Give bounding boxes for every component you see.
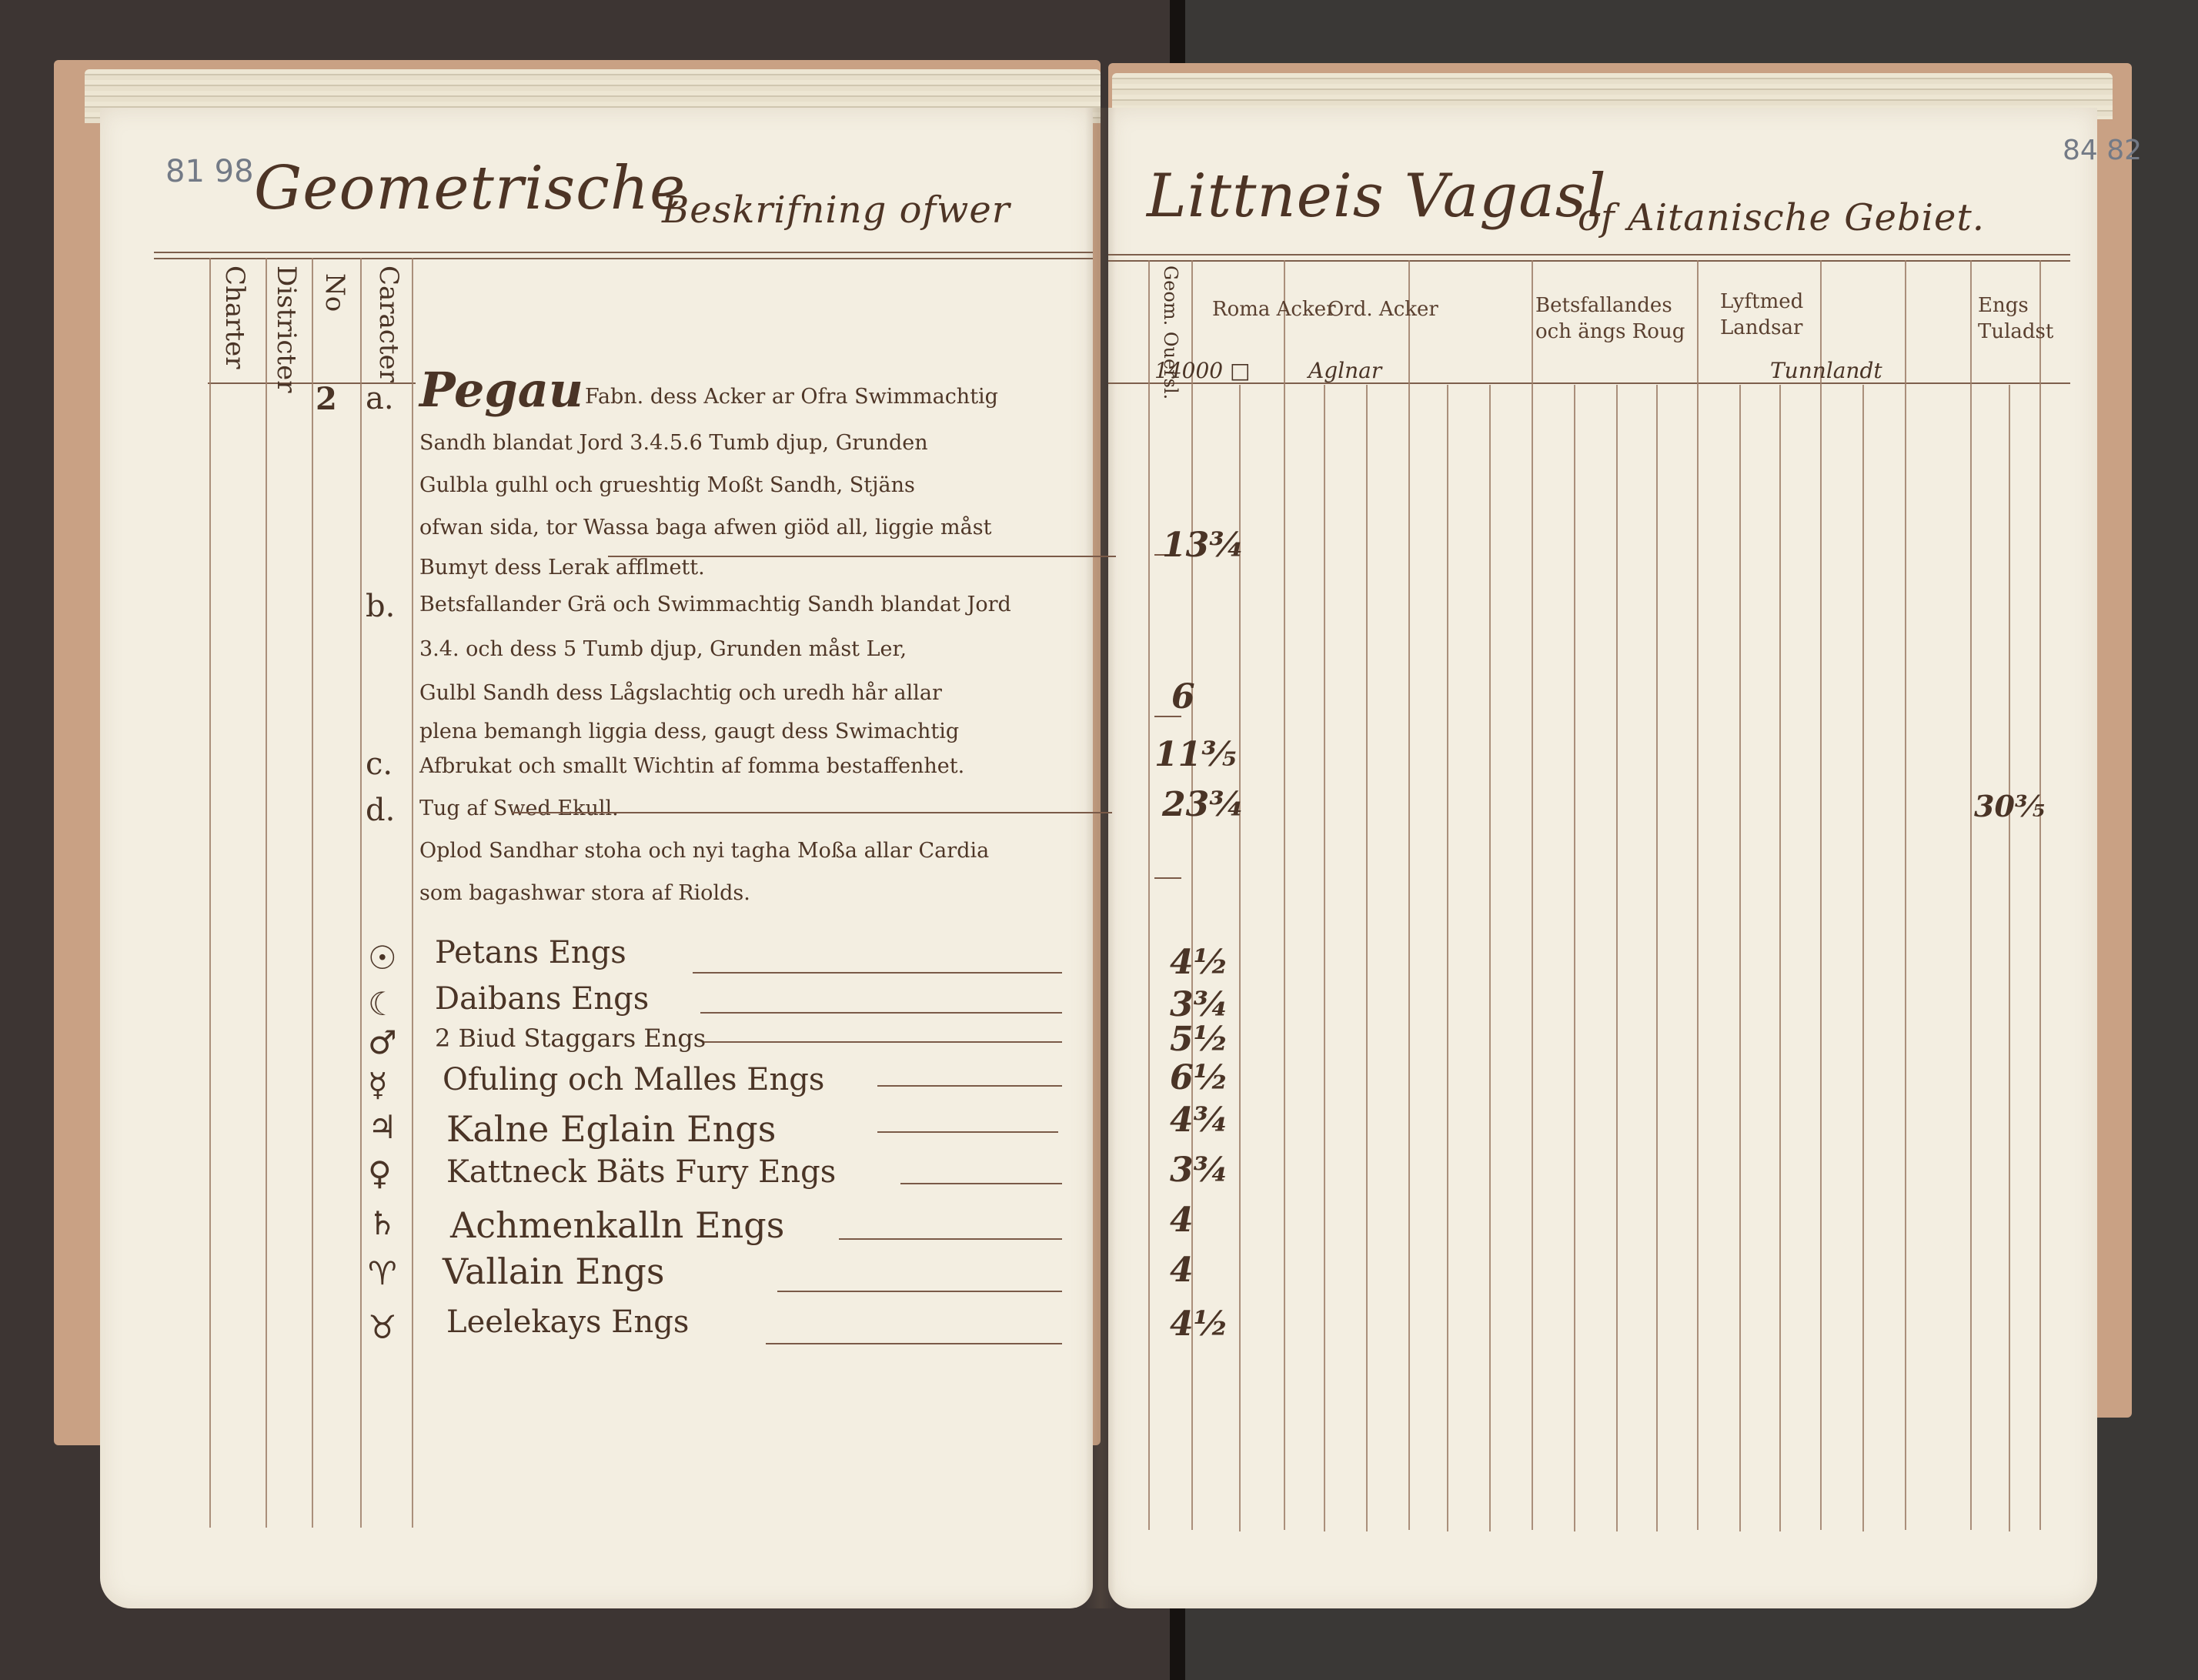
leader-line	[839, 1238, 1062, 1240]
column-header-ord-acker: Ord. Acker	[1328, 296, 1438, 322]
value-field-7: 4	[1170, 1201, 1194, 1240]
col-line	[1366, 385, 1368, 1531]
header-rule-left-2	[154, 258, 1093, 259]
leader-line	[877, 1131, 1058, 1133]
area-value: 14000 □	[1154, 358, 1250, 383]
header-rule-right-1	[1108, 254, 2070, 256]
district-number: 2	[316, 381, 337, 417]
column-header-caracter: Caracter	[373, 266, 404, 382]
col-line	[1905, 260, 1906, 1530]
entry-d-line-3: som bagashwar stora af Riolds.	[419, 881, 750, 905]
col-line	[1820, 260, 1822, 1530]
header-rule-left-1	[154, 252, 1093, 253]
leader-line	[693, 972, 1062, 974]
value-field-8: 4	[1170, 1251, 1194, 1290]
entry-heading-pegau: Pegau	[419, 362, 583, 418]
leader-line	[608, 556, 1116, 557]
col-line	[1970, 260, 1972, 1530]
value-field-5: 4¾	[1170, 1101, 1229, 1140]
left-page-title-continuation: Beskrifning ofwer	[662, 189, 1010, 232]
moon-symbol-icon: ☾	[368, 985, 397, 1023]
field-name: Kalne Eglain Engs	[446, 1108, 776, 1150]
entry-a-line-1: Fabn. dess Acker ar Ofra Swimmachtig	[585, 385, 998, 409]
col-line	[360, 258, 362, 1528]
leader-line	[766, 1343, 1062, 1344]
venus-symbol-icon: ♀	[368, 1154, 392, 1192]
caracter-label-a: a.	[366, 381, 394, 416]
column-header-engs: Engs Tuladst	[1978, 292, 2039, 345]
value-field-1: 4½	[1170, 943, 1229, 982]
column-header-number: No	[319, 273, 350, 312]
leader-line	[877, 1085, 1062, 1087]
col-line	[266, 258, 267, 1528]
value-entry-a: 13¾	[1162, 526, 1244, 565]
col-line	[312, 258, 313, 1528]
entry-a-line-3: Gulbla gulhl och grueshtig Moßt Sandh, S…	[419, 473, 915, 497]
field-name: Achmenkalln Engs	[450, 1204, 784, 1246]
entry-b-line-2: 3.4. och dess 5 Tumb djup, Grunden måst …	[419, 637, 907, 661]
leader-line	[512, 812, 1112, 813]
leader-dash	[1154, 877, 1181, 879]
entry-b-line-3: Gulbl Sandh dess Lågslachtig och uredh h…	[419, 681, 942, 705]
entry-d-line-2: Oplod Sandhar stoha och nyi tagha Moßa a…	[419, 839, 989, 863]
value-field-4: 6½	[1170, 1058, 1229, 1097]
entry-a-line-5: Bumyt dess Lerak afflmett.	[419, 556, 705, 579]
caracter-label-b: b.	[366, 589, 395, 624]
folio-number-left: 81 98	[165, 154, 254, 189]
col-line	[1779, 385, 1781, 1531]
caracter-label-d: d.	[366, 793, 395, 828]
col-line	[1574, 385, 1575, 1531]
column-header-districter: Districter	[271, 266, 302, 392]
entry-d-line-1: Tug af Swed Ekull.	[419, 797, 619, 820]
mercury-symbol-icon: ☿	[368, 1066, 388, 1104]
value-entry-c: 11⅗	[1154, 735, 1237, 774]
leader-line	[700, 1012, 1062, 1014]
entry-b-line-4: plena bemangh liggia dess, gaugt dess Sw…	[419, 720, 959, 743]
column-header-betsfallandes: Betsfallandes och ängs Roug	[1535, 292, 1689, 345]
entry-b-line-1: Betsfallander Grä och Swimmachtig Sandh …	[419, 593, 1011, 616]
field-name: Leelekays Engs	[446, 1304, 689, 1340]
value-field-9: 4½	[1170, 1304, 1229, 1344]
saturn-symbol-icon: ♄	[368, 1204, 397, 1242]
col-line	[1616, 385, 1618, 1531]
col-line	[209, 258, 211, 1528]
col-line	[1489, 385, 1491, 1531]
col-line	[1447, 385, 1448, 1531]
sun-symbol-icon: ☉	[368, 939, 397, 977]
value-entry-b: 6	[1171, 677, 1195, 716]
aries-symbol-icon: ♈	[368, 1254, 397, 1292]
caracter-label-c: c.	[366, 746, 392, 782]
column-header-rule-right	[1108, 382, 2070, 384]
field-name: Kattneck Bäts Fury Engs	[446, 1154, 836, 1190]
folio-number-right: 84 82	[2063, 135, 2142, 166]
right-page-title: Littneis Vagasl	[1147, 162, 1607, 231]
col-line	[1656, 385, 1658, 1531]
field-name: 2 Biud Staggars Engs	[435, 1024, 706, 1053]
col-line	[1697, 260, 1699, 1530]
leader-line	[900, 1183, 1062, 1184]
jupiter-symbol-icon: ♃	[368, 1108, 397, 1146]
entry-a-line-4: ofwan sida, tor Wassa baga afwen giöd al…	[419, 516, 991, 539]
column-header-lyftmed: Lyftmed Landsar	[1720, 289, 1812, 341]
header-rule-right-2	[1108, 260, 2070, 262]
value-entry-d: 23¾	[1162, 785, 1244, 824]
col-line	[1148, 260, 1150, 1530]
acker-unit-label: Aglnar	[1308, 358, 1381, 383]
leader-line	[777, 1291, 1062, 1292]
column-header-roma-acker: Roma Acker	[1212, 296, 1336, 322]
col-line	[2009, 385, 2010, 1531]
page-gutter	[1085, 108, 1116, 1608]
col-line	[1324, 385, 1325, 1531]
col-line	[1284, 260, 1285, 1530]
field-name: Daibans Engs	[435, 981, 649, 1017]
left-page-title: Geometrische	[254, 154, 686, 223]
engs-value-entry-d: 30⅗	[1974, 789, 2045, 823]
value-field-3: 5½	[1170, 1020, 1229, 1059]
col-line	[2039, 260, 2041, 1530]
tunnland-label: Tunnlandt	[1770, 358, 1882, 383]
entry-a-line-2: Sandh blandat Jord 3.4.5.6 Tumb djup, Gr…	[419, 431, 928, 455]
col-line	[1532, 260, 1533, 1530]
field-name: Ofuling och Malles Engs	[443, 1062, 824, 1097]
col-line	[1739, 385, 1741, 1531]
col-line	[1408, 260, 1410, 1530]
column-header-charter: Charter	[219, 266, 250, 369]
right-page-title-continuation: of Aitanische Gebiet.	[1578, 196, 1985, 239]
value-field-6: 3¾	[1170, 1151, 1229, 1190]
field-name: Petans Engs	[435, 935, 626, 970]
col-line	[412, 258, 413, 1528]
leader-line	[704, 1041, 1062, 1043]
value-field-2: 3¾	[1170, 985, 1229, 1024]
taurus-symbol-icon: ♉	[368, 1308, 397, 1346]
mars-symbol-icon: ♂	[368, 1024, 397, 1061]
field-name: Vallain Engs	[443, 1251, 665, 1292]
col-line	[1862, 385, 1864, 1531]
entry-c-line-1: Afbrukat och smallt Wichtin af fomma bes…	[419, 754, 964, 778]
